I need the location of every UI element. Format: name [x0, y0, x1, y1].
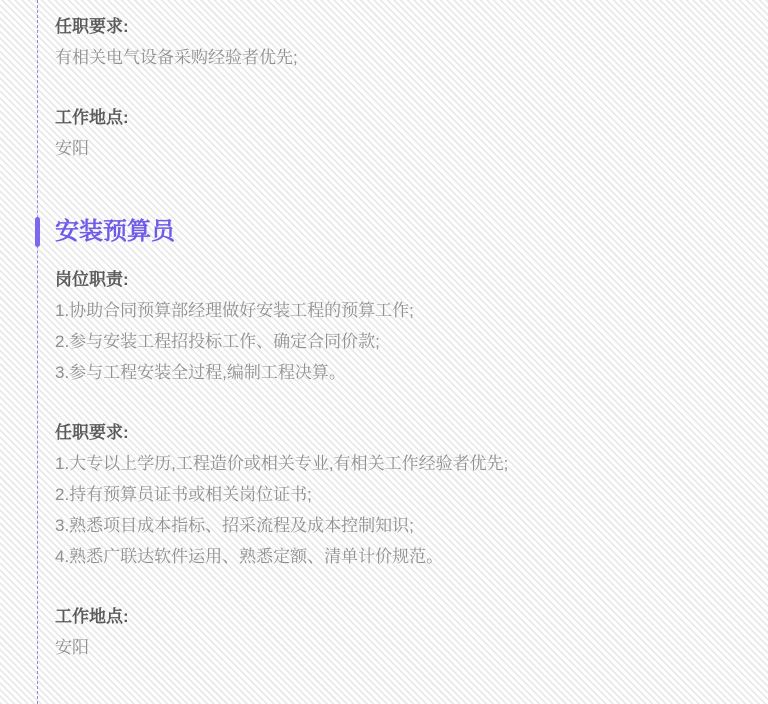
location-section: 工作地点: 安阳 [55, 601, 748, 663]
requirement-item: 3.熟悉项目成本指标、招采流程及成本控制知识; [55, 510, 748, 541]
responsibility-item: 3.参与工程安装全过程,编制工程决算。 [55, 357, 748, 388]
requirement-item: 2.持有预算员证书或相关岗位证书; [55, 479, 748, 510]
job-title-row: 安装预算员 [55, 215, 748, 252]
requirement-item: 1.大专以上学历,工程造价或相关专业,有相关工作经验者优先; [55, 448, 748, 479]
requirements-heading: 任职要求: [55, 417, 748, 448]
responsibility-item: 2.参与安装工程招投标工作、确定合同价款; [55, 326, 748, 357]
left-dashed-guide [37, 0, 38, 704]
requirements-section: 任职要求: 1.大专以上学历,工程造价或相关专业,有相关工作经验者优先; 2.持… [55, 417, 748, 572]
job-posting-content: 任职要求: 有相关电气设备采购经验者优先; 工作地点: 安阳 安装预算员 岗位职… [55, 0, 748, 663]
responsibility-item: 1.协助合同预算部经理做好安装工程的预算工作; [55, 295, 748, 326]
responsibilities-section: 岗位职责: 1.协助合同预算部经理做好安装工程的预算工作; 2.参与安装工程招投… [55, 264, 748, 388]
requirement-item: 有相关电气设备采购经验者优先; [55, 42, 748, 73]
requirement-item: 4.熟悉广联达软件运用、熟悉定额、清单计价规范。 [55, 541, 748, 572]
location-value: 安阳 [55, 632, 748, 663]
responsibilities-heading: 岗位职责: [55, 264, 748, 295]
location-heading: 工作地点: [55, 102, 748, 133]
job-posting-page: 任职要求: 有相关电气设备采购经验者优先; 工作地点: 安阳 安装预算员 岗位职… [0, 0, 768, 704]
requirements-heading: 任职要求: [55, 11, 748, 42]
prev-job-location-section: 工作地点: 安阳 [55, 102, 748, 164]
title-accent-bar [35, 217, 40, 247]
location-value: 安阳 [55, 133, 748, 164]
location-heading: 工作地点: [55, 601, 748, 632]
job-title: 安装预算员 [55, 218, 175, 245]
prev-job-requirements-section: 任职要求: 有相关电气设备采购经验者优先; [55, 11, 748, 73]
